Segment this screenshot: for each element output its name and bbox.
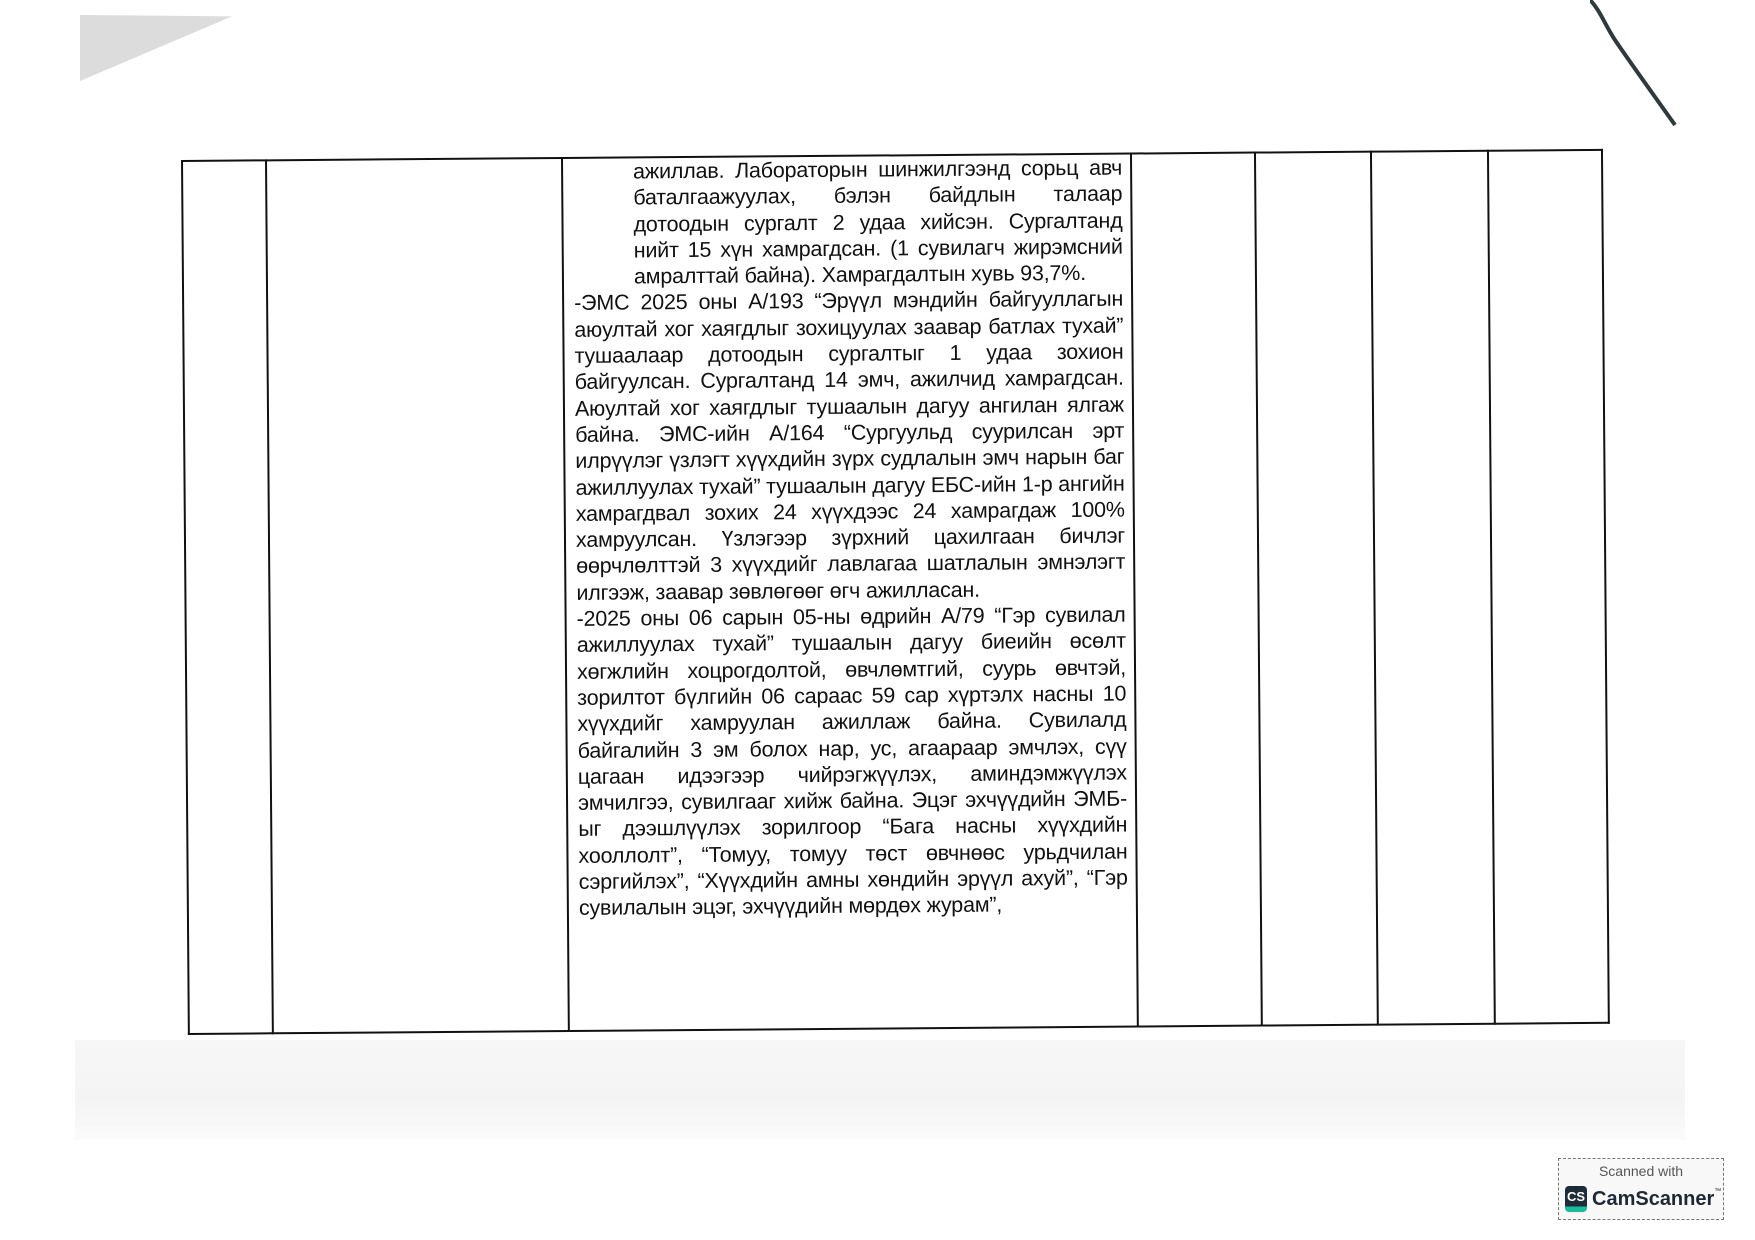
- paragraph-home-sanatorium: -2025 оны 06 сарын 05-ны өдрийн А/79 “Гэ…: [577, 602, 1128, 922]
- table-cell-col8: [1602, 150, 1651, 1023]
- brand-name: CamScanner: [1592, 1188, 1714, 1210]
- watermark-caption: Scanned with: [1559, 1163, 1723, 1179]
- table-cell-col4: [1131, 153, 1262, 1027]
- page-edge-mark: [1590, 0, 1680, 130]
- trademark-symbol: ™: [1714, 1188, 1721, 1195]
- description-text: ажиллав. Лабораторын шинжилгээнд сорьц а…: [563, 155, 1136, 922]
- table-cell-col6: [1371, 151, 1495, 1025]
- paragraph-continuation: ажиллав. Лабораторын шинжилгээнд сорьц а…: [573, 155, 1123, 291]
- camscanner-watermark: Scanned with CS CamScanner™: [1558, 1158, 1724, 1220]
- paragraph-hazardous-waste-training: -ЭМС 2025 оны А/193 “Эрүүл мэндийн байгу…: [574, 286, 1125, 606]
- table-cell-col5: [1255, 152, 1378, 1026]
- watermark-brand: CS CamScanner™: [1565, 1186, 1721, 1212]
- folded-page-corner: [80, 15, 232, 81]
- document-table: ажиллав. Лабораторын шинжилгээнд сорьц а…: [181, 149, 1650, 1035]
- paper-bottom-shading: [75, 1040, 1685, 1140]
- table-cell-index: [182, 160, 273, 1034]
- camscanner-logo-icon: CS: [1565, 1186, 1587, 1212]
- table-cell-col7: [1488, 150, 1609, 1024]
- table-cell-activity: [266, 158, 569, 1033]
- table-cell-description: ажиллав. Лабораторын шинжилгээнд сорьц а…: [562, 154, 1138, 1031]
